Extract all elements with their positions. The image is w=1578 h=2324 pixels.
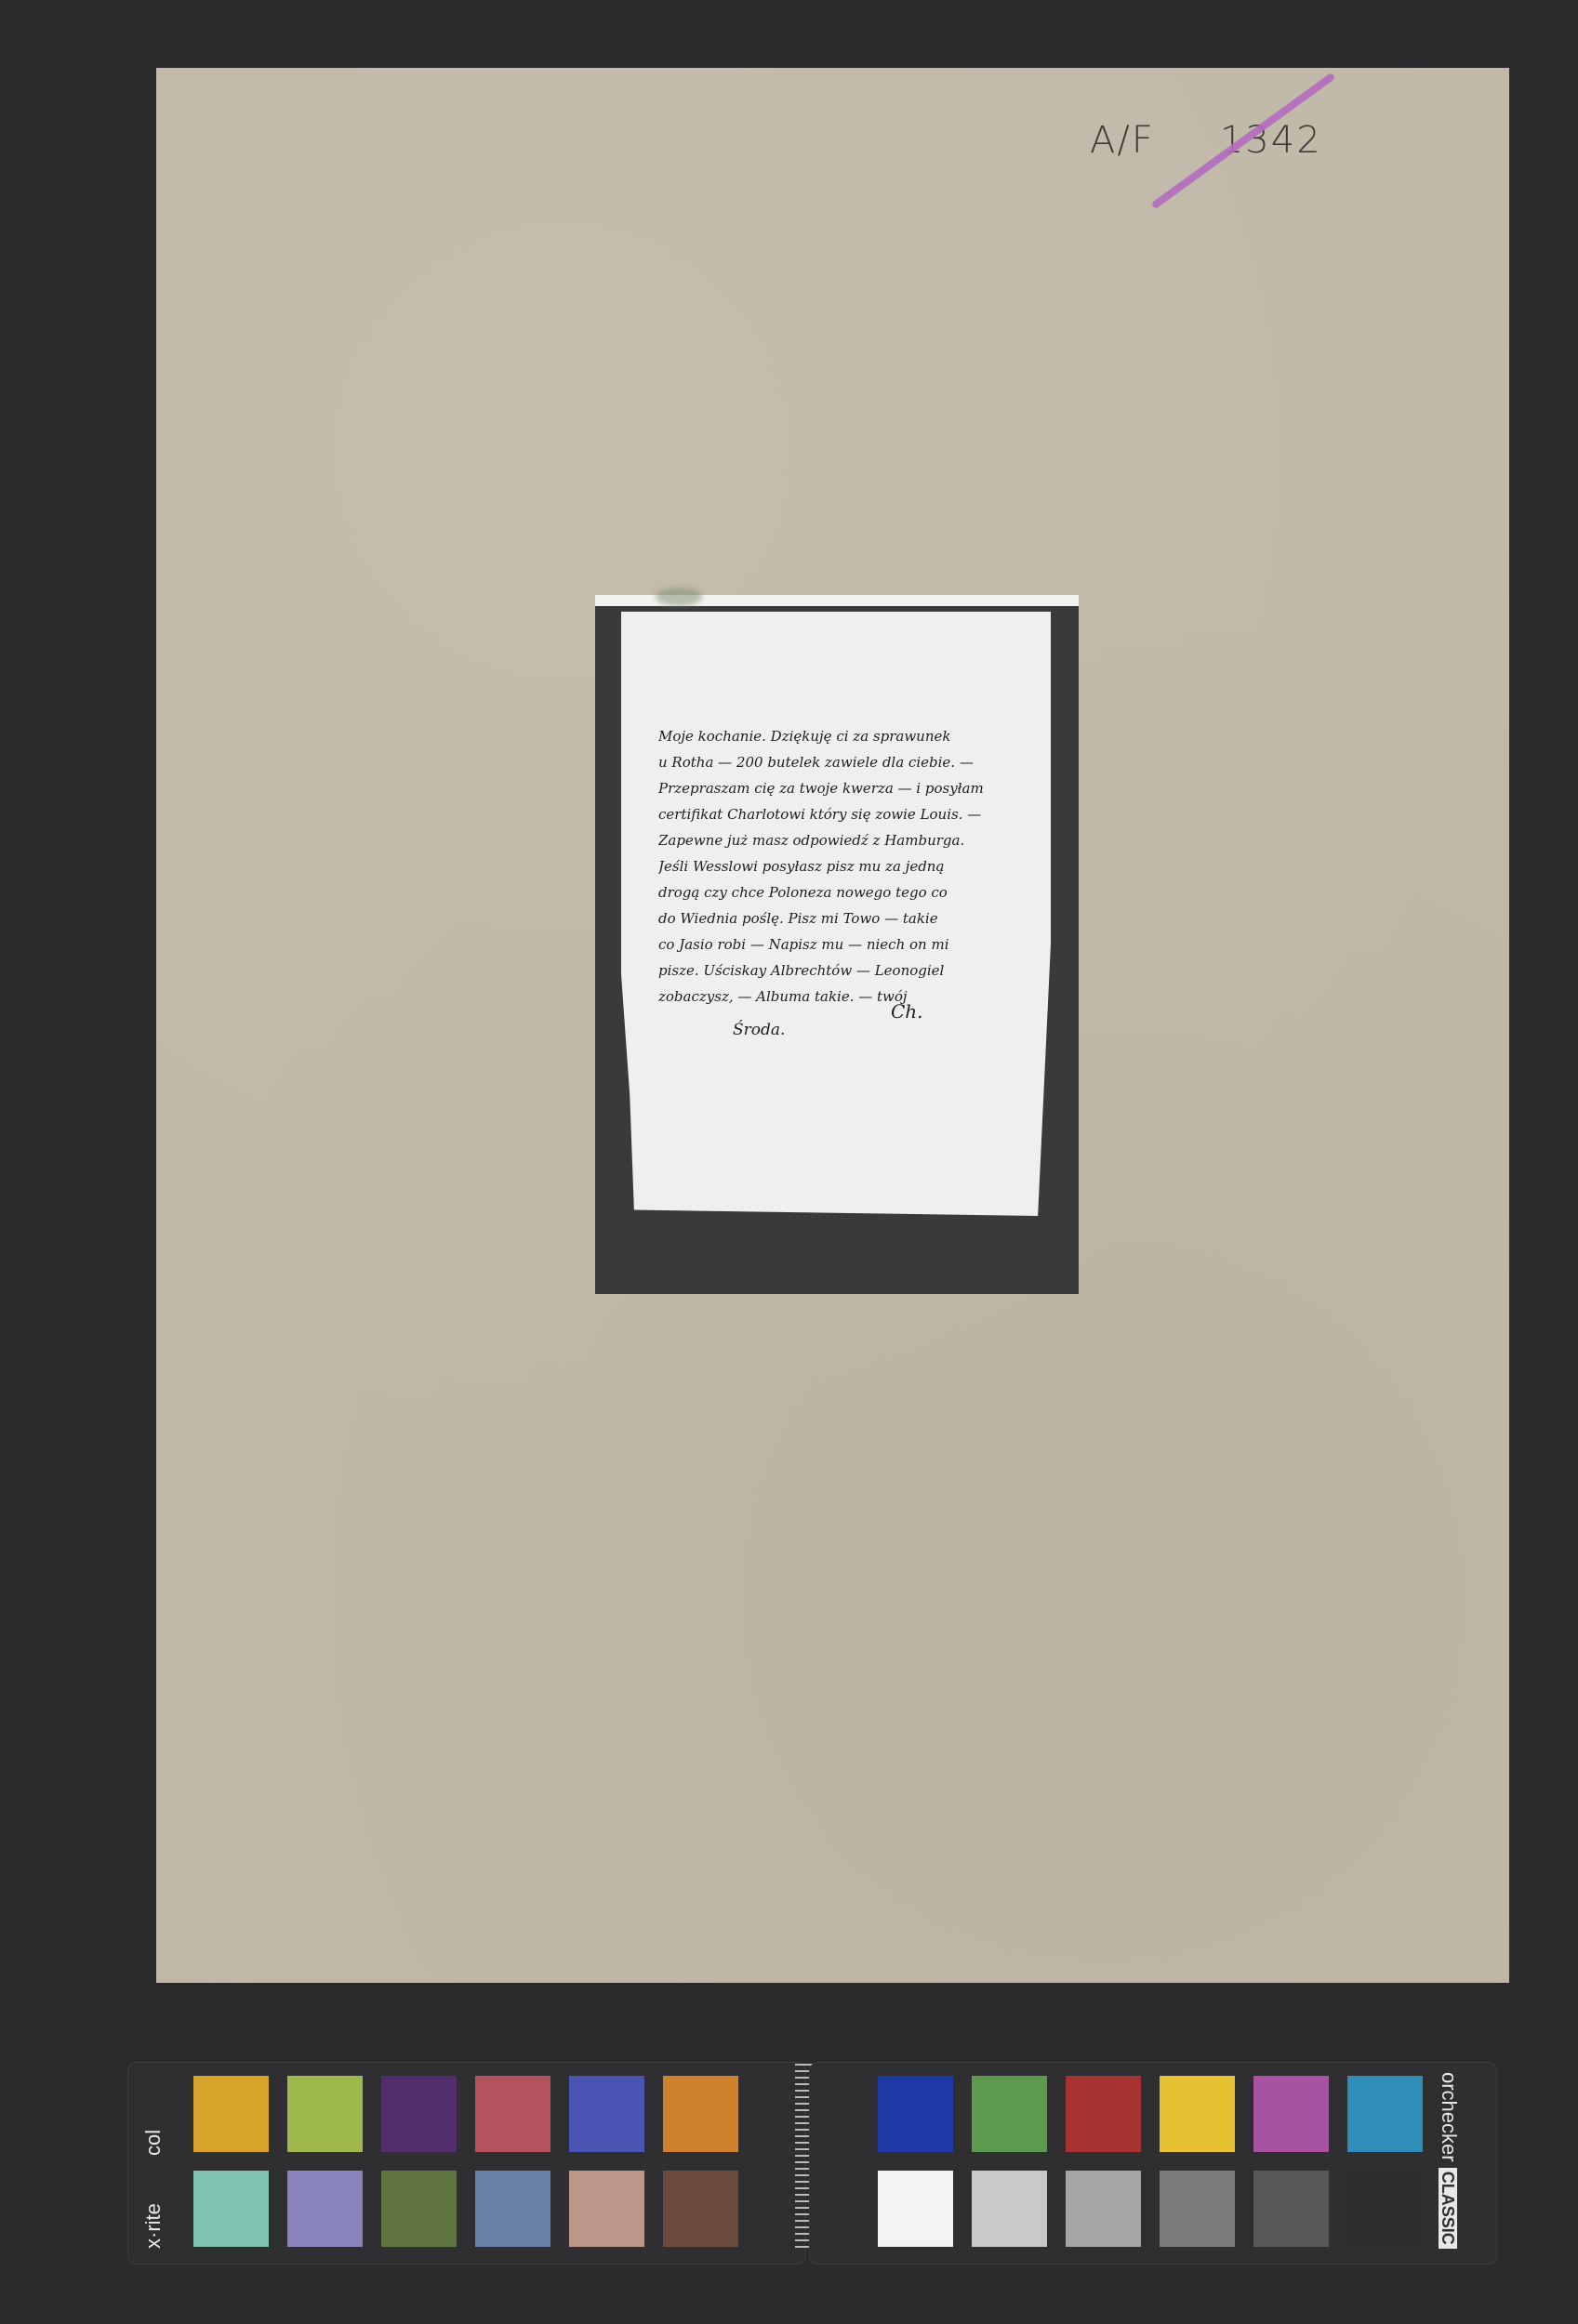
color-patch [569, 2171, 644, 2247]
color-patch [972, 2171, 1047, 2247]
letter-line: zobaczysz, — Albuma takie. — twój [658, 984, 1030, 1010]
brand-col: col [141, 2130, 166, 2156]
glue-stain [656, 588, 702, 606]
handwritten-letter: Moje kochanie. Dziękuję ci za sprawuneku… [621, 612, 1051, 1216]
color-patch [381, 2171, 457, 2247]
brand-xrite: x·rite [141, 2203, 166, 2249]
letter-line: drogą czy chce Poloneza nowego tego co [658, 879, 1030, 905]
letter-line: Moje kochanie. Dziękuję ci za sprawunek [658, 723, 1030, 749]
color-patch [193, 2171, 269, 2247]
classic-badge: CLASSIC [1439, 2168, 1457, 2249]
color-patch [193, 2076, 269, 2152]
color-patch [287, 2171, 363, 2247]
color-patch [475, 2171, 550, 2247]
color-patch [475, 2076, 550, 2152]
letter-line: Przepraszam cię za twoje kwerza — i posy… [658, 775, 1030, 801]
letter-line: Jeśli Wesslowi posyłasz pisz mu za jedną [658, 853, 1030, 879]
color-patch [1160, 2076, 1235, 2152]
color-patch [1253, 2171, 1329, 2247]
color-patch [1066, 2171, 1141, 2247]
archive-signature: A/F1342 [1090, 119, 1322, 162]
color-checker-right: orchecker CLASSIC [809, 2062, 1497, 2265]
color-patch [1253, 2076, 1329, 2152]
color-patch [1160, 2171, 1235, 2247]
letter-line: u Rotha — 200 butelek zawiele dla ciebie… [658, 749, 1030, 775]
letter-line: certifikat Charlotowi który się zowie Lo… [658, 801, 1030, 827]
color-checker-left: col x·rite [127, 2062, 806, 2265]
color-patch [569, 2076, 644, 2152]
letter-line: co Jasio robi — Napisz mu — niech on mi [658, 931, 1030, 957]
color-patch [972, 2076, 1047, 2152]
brand-colorchecker: orchecker CLASSIC [1437, 2072, 1461, 2249]
color-patch [878, 2076, 953, 2152]
color-patch [287, 2076, 363, 2152]
letter-date: Środa. [733, 1021, 785, 1039]
color-patch [381, 2076, 457, 2152]
letter-signature: Ch. [891, 1000, 923, 1023]
brand-name: orchecker [1438, 2072, 1461, 2162]
letter-body: Moje kochanie. Dziękuję ci za sprawuneku… [658, 723, 1030, 1010]
letter-line: pisze. Uściskay Albrechtów — Leonogiel [658, 957, 1030, 984]
letter-photograph: Moje kochanie. Dziękuję ci za sprawuneku… [595, 595, 1079, 1294]
color-patch [878, 2171, 953, 2247]
letter-line: do Wiednia poślę. Pisz mi Towo — takie [658, 905, 1030, 931]
color-patch [1347, 2171, 1423, 2247]
color-patch [1066, 2076, 1141, 2152]
color-patch [1347, 2076, 1423, 2152]
archive-prefix: A/F [1090, 119, 1155, 162]
archive-number: 1342 [1220, 119, 1322, 162]
color-patch [663, 2076, 738, 2152]
letter-line: Zapewne już masz odpowiedź z Hamburga. [658, 827, 1030, 853]
color-patch [663, 2171, 738, 2247]
